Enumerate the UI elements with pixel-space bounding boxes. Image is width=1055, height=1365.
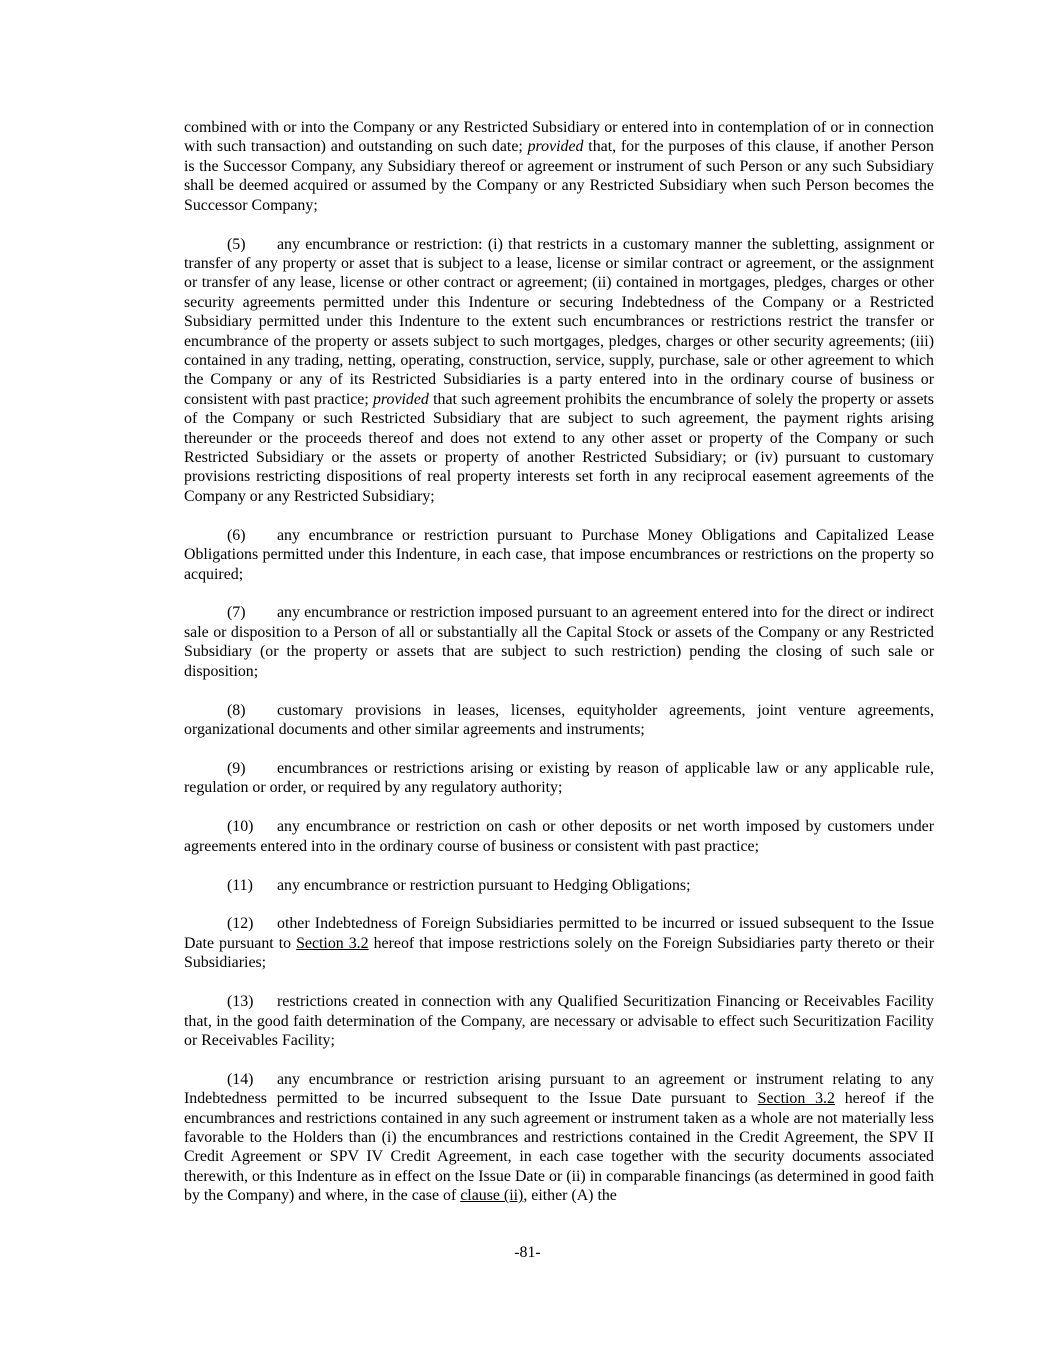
text-run: any encumbrance or restriction imposed p… (184, 604, 934, 679)
text-run: any encumbrance or restriction pursuant … (184, 527, 934, 583)
text-run: encumbrances or restrictions arising or … (184, 760, 934, 796)
text-run: any encumbrance or restriction: (i) that… (184, 236, 934, 408)
page-footer: -81- (0, 1243, 1055, 1262)
text-run: provided (373, 391, 429, 408)
paragraph-number: (6) (227, 526, 277, 545)
section-reference: clause (ii) (460, 1187, 523, 1204)
paragraph: (12)other Indebtedness of Foreign Subsid… (184, 914, 934, 972)
paragraph-number: (7) (227, 603, 277, 622)
paragraph: (9)encumbrances or restrictions arising … (184, 759, 934, 798)
paragraph: (8)customary provisions in leases, licen… (184, 701, 934, 740)
paragraph-number: (11) (227, 876, 277, 895)
paragraph: combined with or into the Company or any… (184, 118, 934, 215)
paragraph: (13)restrictions created in connection w… (184, 992, 934, 1050)
text-run: , either (A) the (523, 1187, 617, 1204)
text-run: any encumbrance or restriction pursuant … (277, 877, 691, 894)
paragraph-number: (10) (227, 817, 277, 836)
text-run: provided (528, 138, 584, 155)
section-reference: Section 3.2 (296, 935, 369, 952)
paragraph: (10)any encumbrance or restriction on ca… (184, 817, 934, 856)
paragraph: (5)any encumbrance or restriction: (i) t… (184, 235, 934, 507)
paragraph-number: (9) (227, 759, 277, 778)
document-page: combined with or into the Company or any… (0, 0, 1055, 1365)
paragraph: (14)any encumbrance or restriction arisi… (184, 1070, 934, 1206)
paragraph-number: (13) (227, 992, 277, 1011)
paragraph: (7)any encumbrance or restriction impose… (184, 603, 934, 681)
section-reference: Section 3.2 (758, 1090, 835, 1107)
text-run: restrictions created in connection with … (184, 993, 934, 1049)
paragraph-number: (5) (227, 235, 277, 254)
document-body: combined with or into the Company or any… (184, 118, 934, 1225)
paragraph: (11)any encumbrance or restriction pursu… (184, 876, 934, 895)
text-run: customary provisions in leases, licenses… (184, 702, 934, 738)
paragraph-number: (12) (227, 914, 277, 933)
paragraph-number: (14) (227, 1070, 277, 1089)
text-run: any encumbrance or restriction on cash o… (184, 818, 934, 854)
paragraph: (6)any encumbrance or restriction pursua… (184, 526, 934, 584)
paragraph-number: (8) (227, 701, 277, 720)
page-number: -81- (514, 1244, 540, 1261)
